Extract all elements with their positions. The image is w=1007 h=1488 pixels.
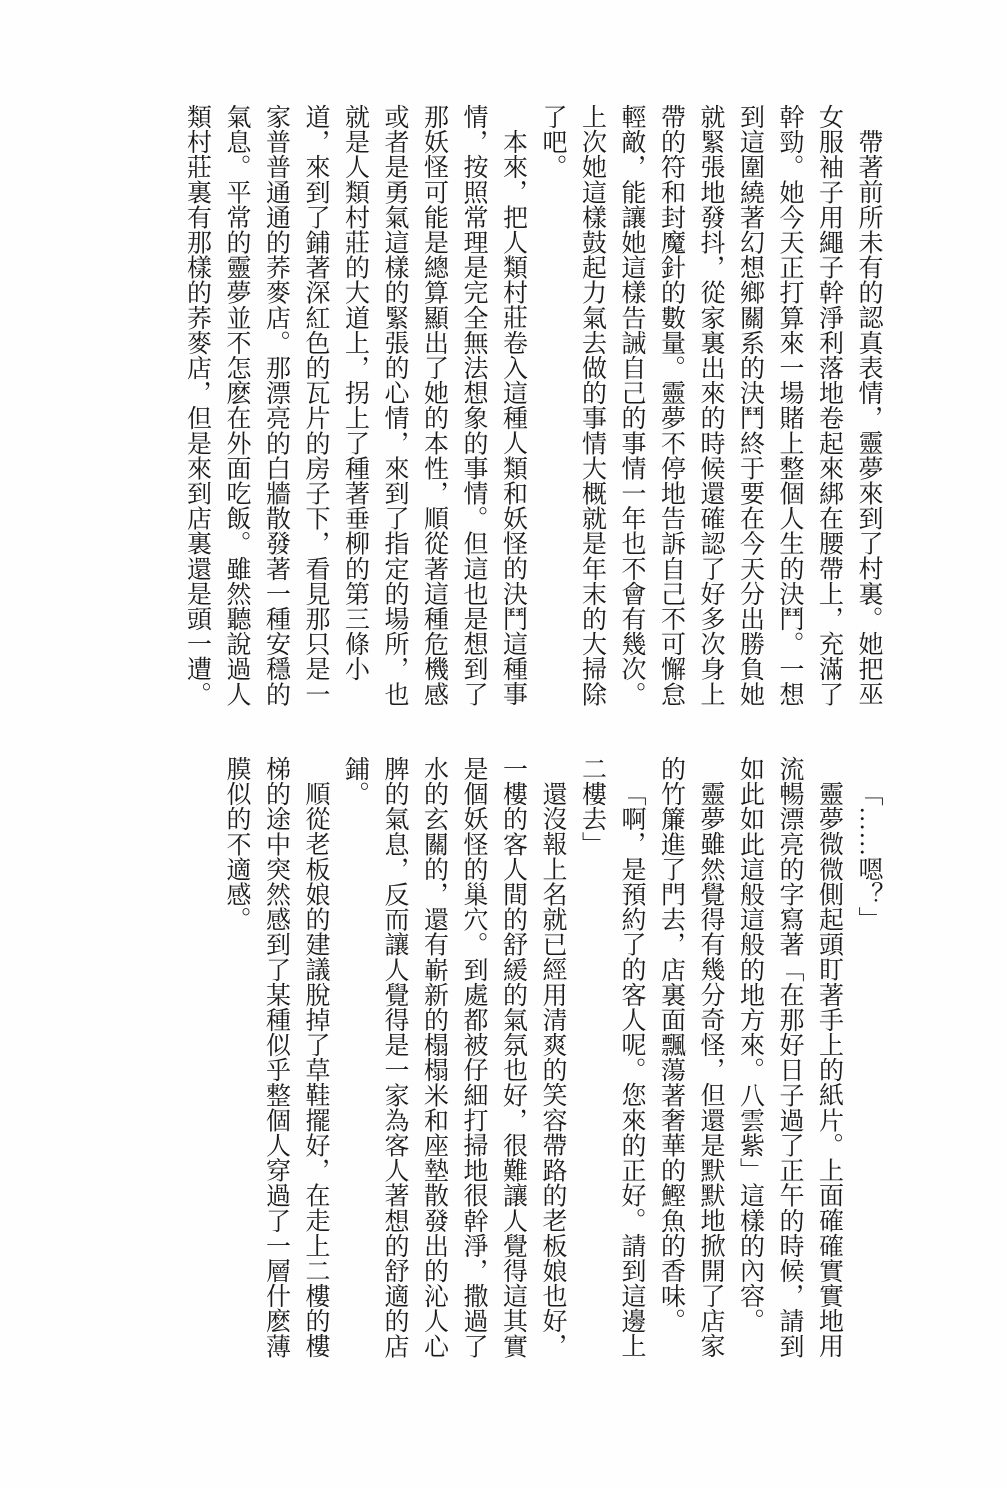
paragraph-stairs-membrane: 順從老板娘的建議脫掉了草鞋擺好，在走上二樓的樓梯的途中突然感到了某種似乎整個人穿… xyxy=(217,756,336,1360)
paragraph-dialogue-hmm: 「……嗯？」 xyxy=(849,756,889,1360)
paragraph-enter-shop: 靈夢雖然覺得有幾分奇怪，但還是默默地掀開了店家的竹簾進了門去，店裏面飄蕩著奢華的… xyxy=(651,756,730,1360)
paragraph-dialogue-hostess: 「啊，是預約了的客人呢。您來的正好。請到這邊上二樓去」 xyxy=(572,756,651,1360)
paragraph-arrival: 帶著前所未有的認真表情，靈夢來到了村裏。她把巫女服袖子用繩子幹淨利落地卷起來綁在… xyxy=(533,104,889,708)
novel-page: 帶著前所未有的認真表情，靈夢來到了村裏。她把巫女服袖子用繩子幹淨利落地卷起來綁在… xyxy=(0,0,1007,1488)
paragraph-village-walk: 本來，把人類村莊卷入這種人類和妖怪的決鬥這種事情，按照常理是完全無法想象的事情。… xyxy=(177,104,533,708)
text-block-upper: 帶著前所未有的認真表情，靈夢來到了村裏。她把巫女服袖子用繩子幹淨利落地卷起來綁在… xyxy=(177,104,888,708)
paragraph-shop-interior: 還沒報上名就已經用清爽的笑容帶路的老板娘也好，一樓的客人間的舒緩的氣氛也好，很難… xyxy=(335,756,572,1360)
text-block-lower: 「……嗯？」 靈夢微微側起頭盯著手上的紙片。上面確確實實地用流暢漂亮的字寫著「在… xyxy=(217,756,889,1360)
paragraph-paper-note: 靈夢微微側起頭盯著手上的紙片。上面確確實實地用流暢漂亮的字寫著「在那好日子過了正… xyxy=(730,756,849,1360)
